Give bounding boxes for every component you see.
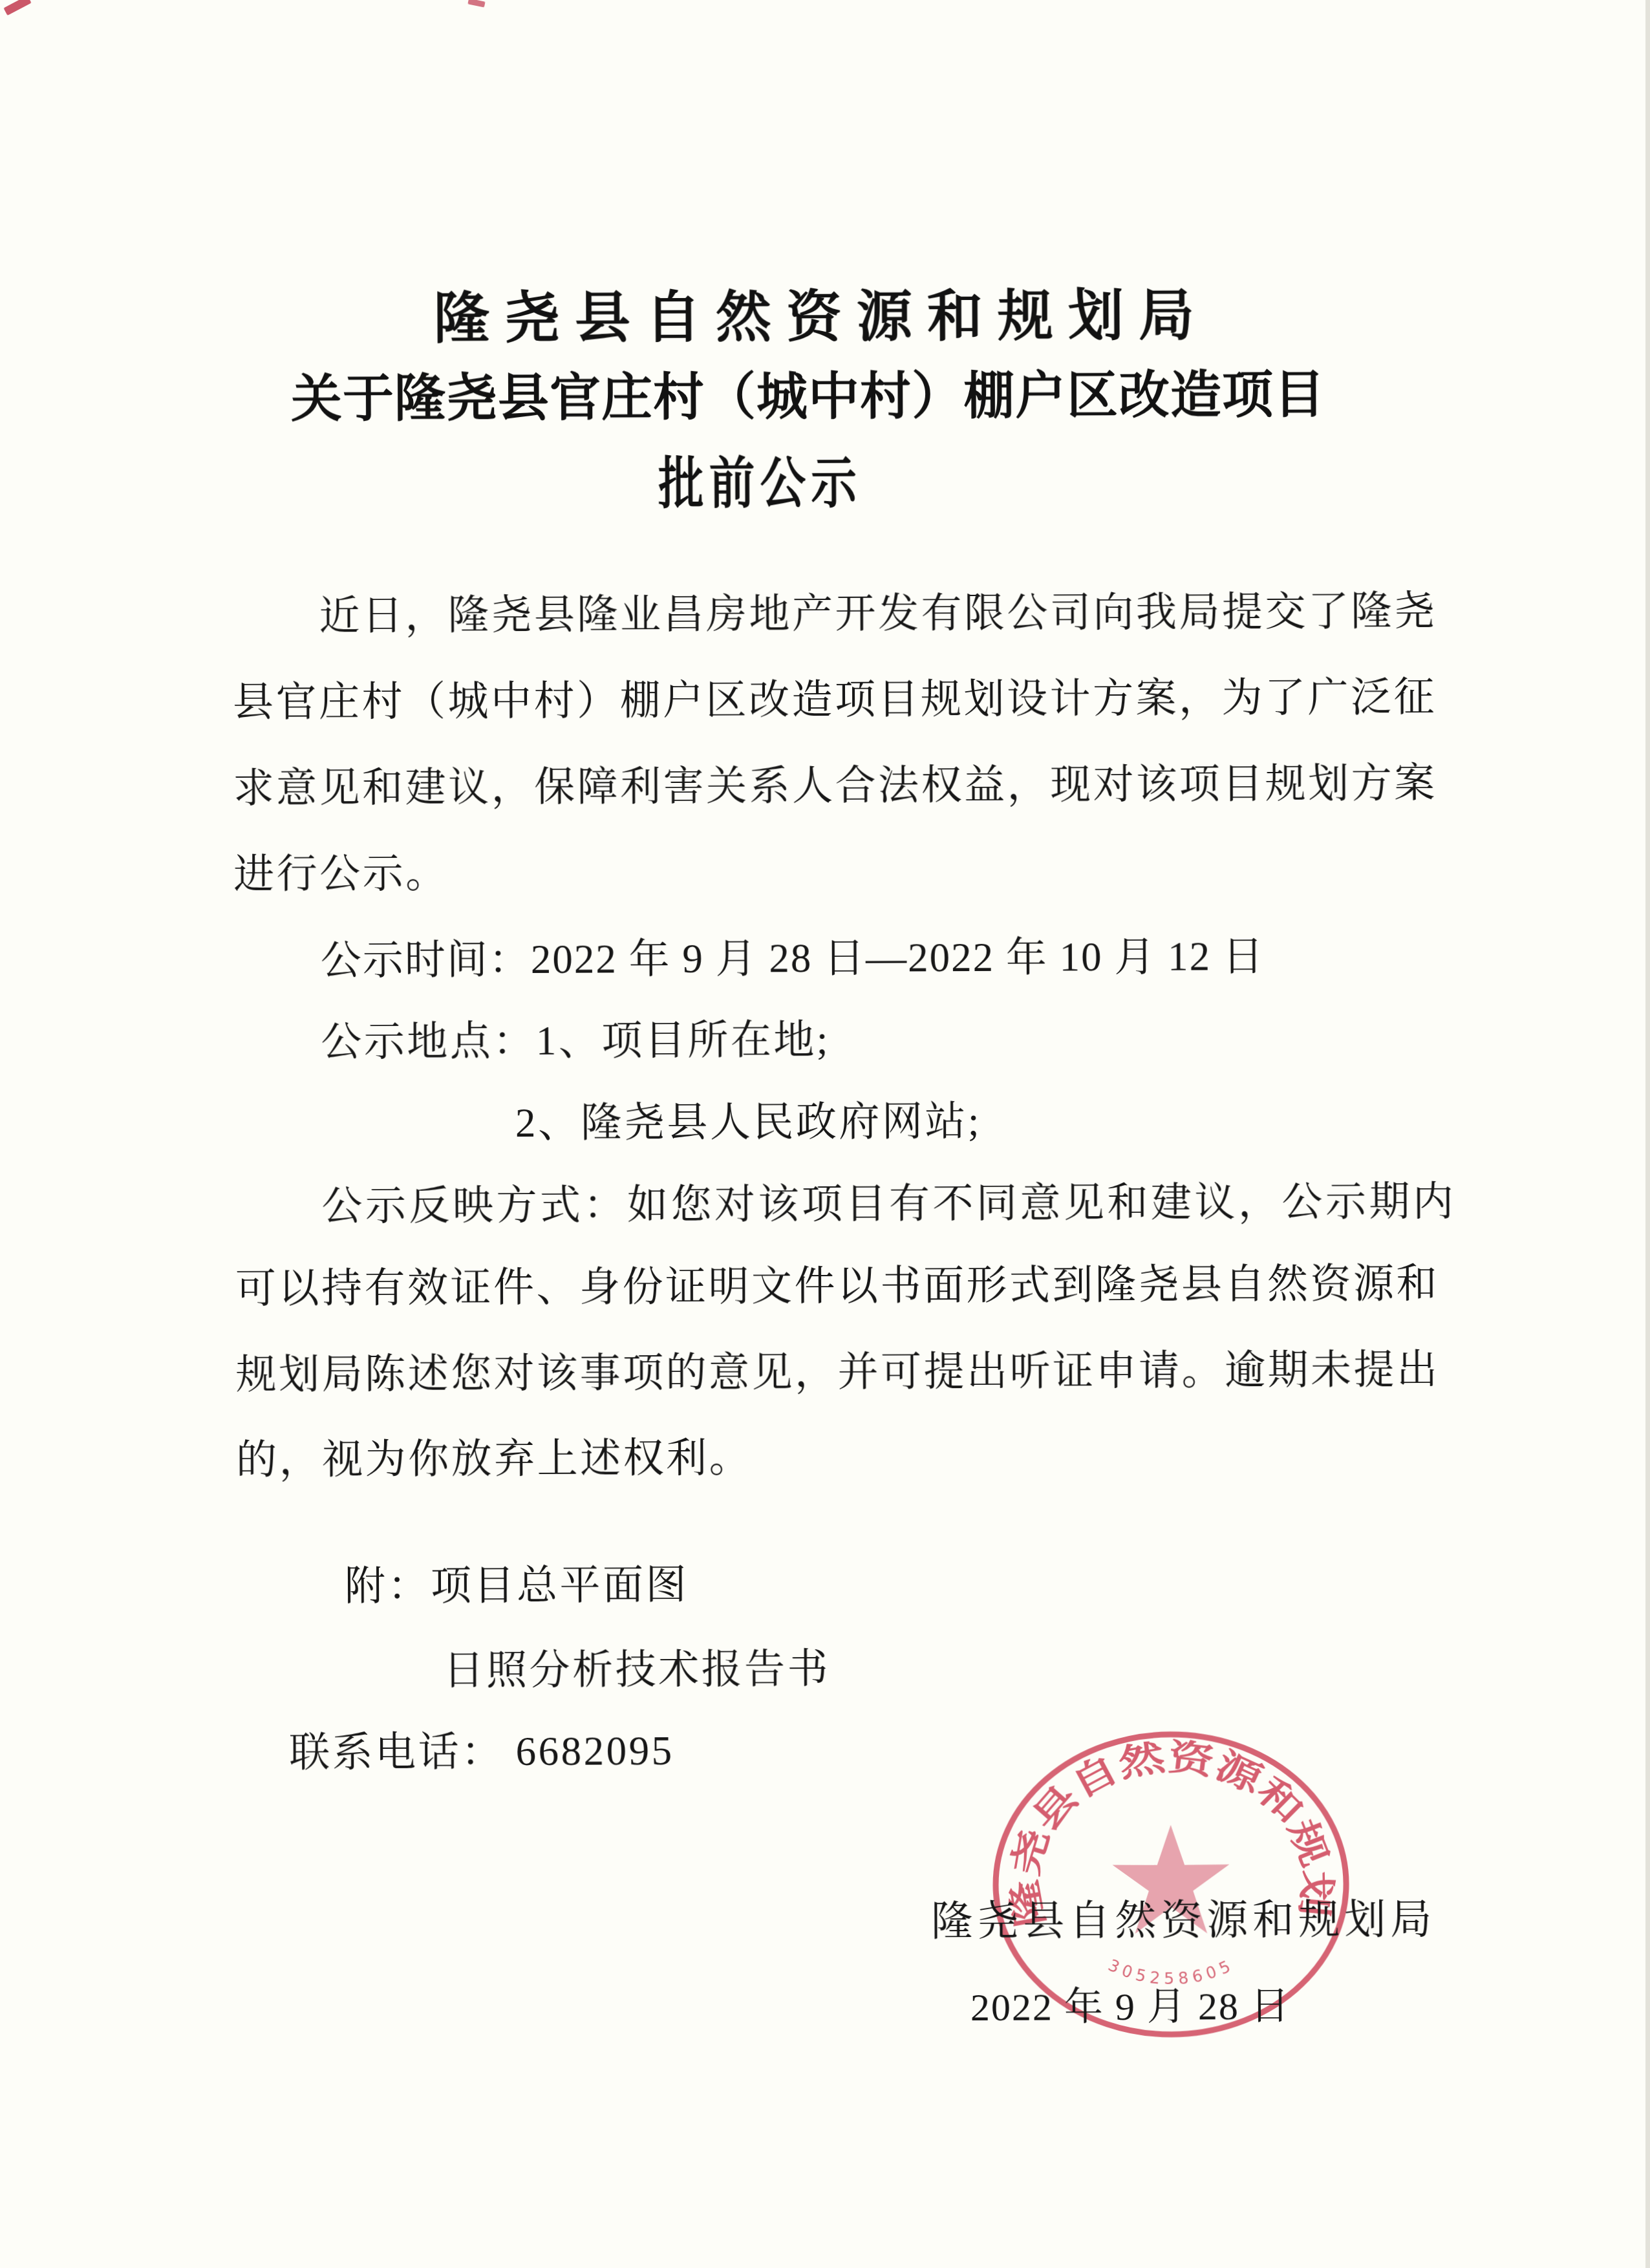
- notice-location-line-2: 2、隆尧县人民政府网站;: [515, 1098, 981, 1147]
- intro-line-3: 求意见和建议，保障利害关系人合法权益，现对该项目规划方案: [233, 760, 1437, 812]
- feedback-line-4: 的，视为你放弃上述权利。: [236, 1434, 752, 1483]
- feedback-line-1: 公示反映方式：如您对该项目有不同意见和建议，公示期内: [321, 1178, 1456, 1230]
- notice-time-line: 公示时间：2022 年 9 月 28 日—2022 年 10 月 12 日: [321, 933, 1265, 984]
- scanned-sheet: 隆尧县自然资源和规划局 关于隆尧县官庄村（城中村）棚户区改造项目 批前公示 近日…: [0, 0, 1650, 2268]
- attachment-item-2: 日照分析技术报告书: [443, 1646, 830, 1693]
- intro-line-2: 县官庄村（城中村）棚户区改造项目规划设计方案，为了广泛征: [233, 674, 1437, 726]
- document-title-notice-type: 批前公示: [0, 449, 1585, 519]
- document-page: 隆尧县自然资源和规划局 关于隆尧县官庄村（城中村）棚户区改造项目 批前公示 近日…: [0, 0, 1650, 2268]
- scanner-edge-shadow: [1645, 0, 1650, 2268]
- intro-line-1: 近日，隆尧县隆业昌房地产开发有限公司向我局提交了隆尧: [319, 588, 1437, 639]
- feedback-line-2: 可以持有效证件、身份证明文件以书面形式到隆尧县自然资源和: [235, 1260, 1439, 1312]
- signature-date: 2022 年 9 月 28 日: [970, 1975, 1291, 2032]
- feedback-line-3: 规划局陈述您对该事项的意见，并可提出听证申请。逾期未提出: [235, 1346, 1439, 1398]
- notice-type-text: 批前公示: [658, 453, 862, 516]
- document-title-org: 隆尧县自然资源和规划局: [0, 283, 1647, 352]
- notice-location-line-1: 公示地点：1、项目所在地;: [321, 1016, 830, 1065]
- attachment-item-1: 项目总平面图: [431, 1562, 689, 1609]
- document-title-subject: 关于隆尧县官庄村（城中村）棚户区改造项目: [0, 367, 1633, 431]
- contact-line: 联系电话：6682095: [289, 1728, 674, 1776]
- contact-label: 联系电话：: [289, 1729, 504, 1775]
- attachment-line-1: 附：项目总平面图: [345, 1561, 689, 1610]
- attachment-line-2: 日照分析技术报告书: [443, 1645, 830, 1694]
- contact-phone: 6682095: [516, 1728, 674, 1774]
- intro-line-4: 进行公示。: [233, 850, 449, 898]
- signature-organization: 隆尧县自然资源和规划局: [931, 1886, 1436, 1947]
- attachment-label: 附：: [345, 1563, 431, 1609]
